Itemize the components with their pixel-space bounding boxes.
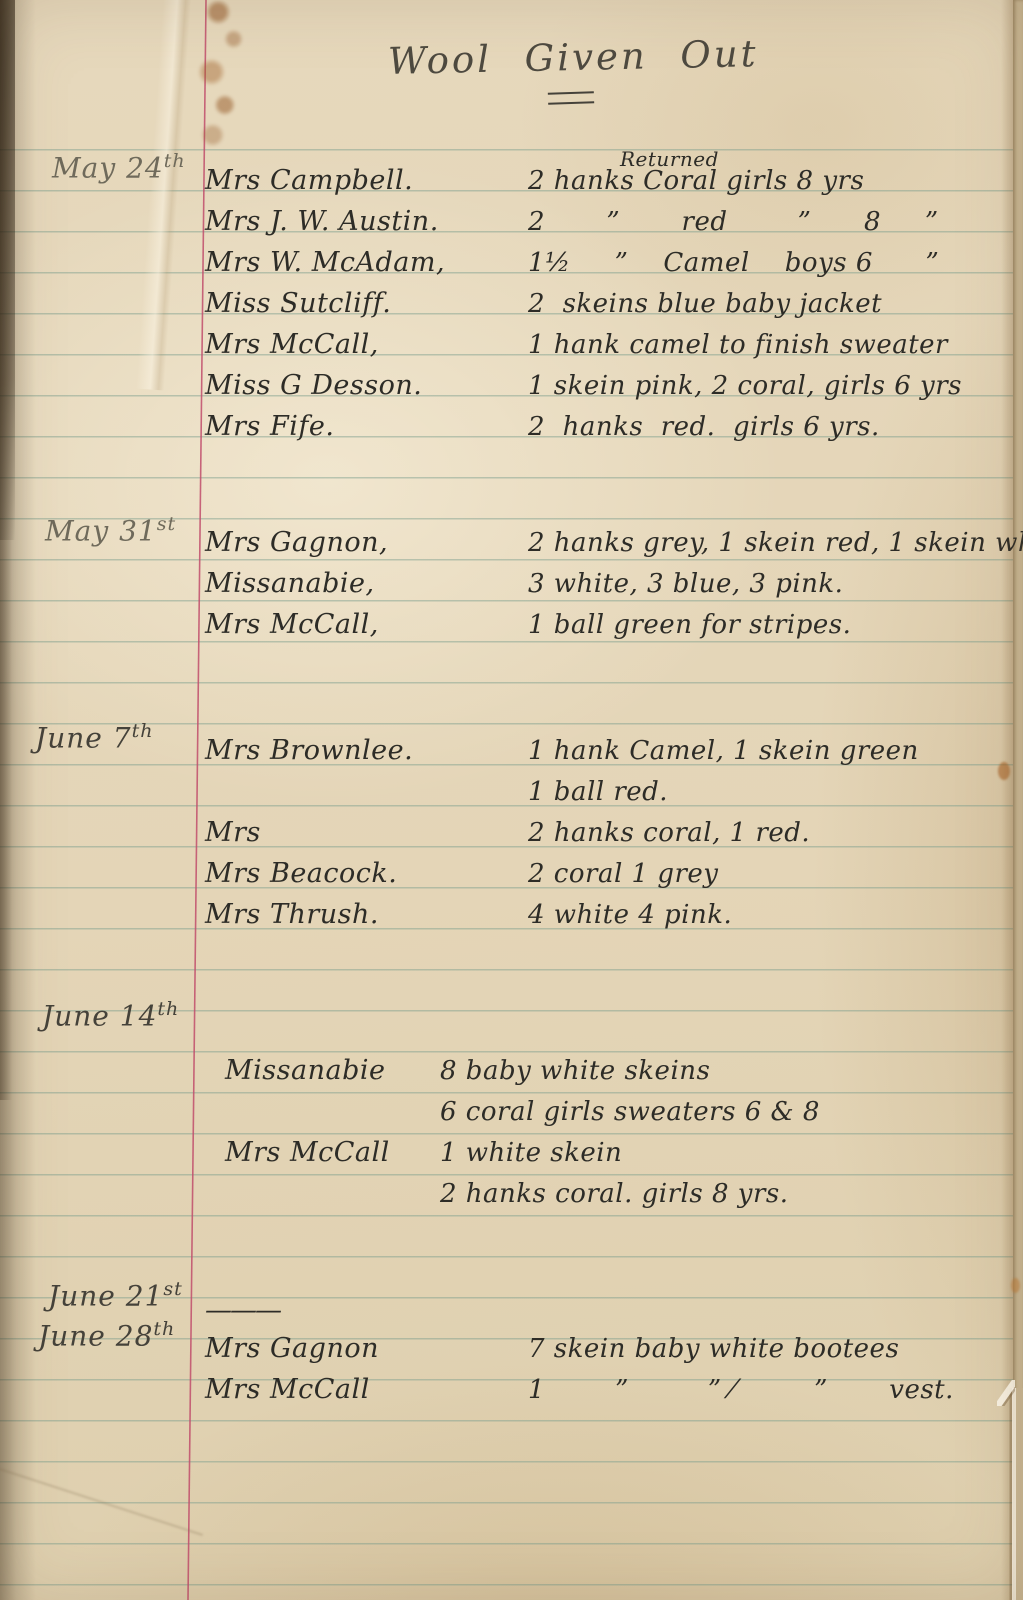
notebook-page: Wool Given Out May 24thMrs Campbell.2 ha… xyxy=(0,0,1023,1600)
photo-vignette xyxy=(0,0,1023,1600)
